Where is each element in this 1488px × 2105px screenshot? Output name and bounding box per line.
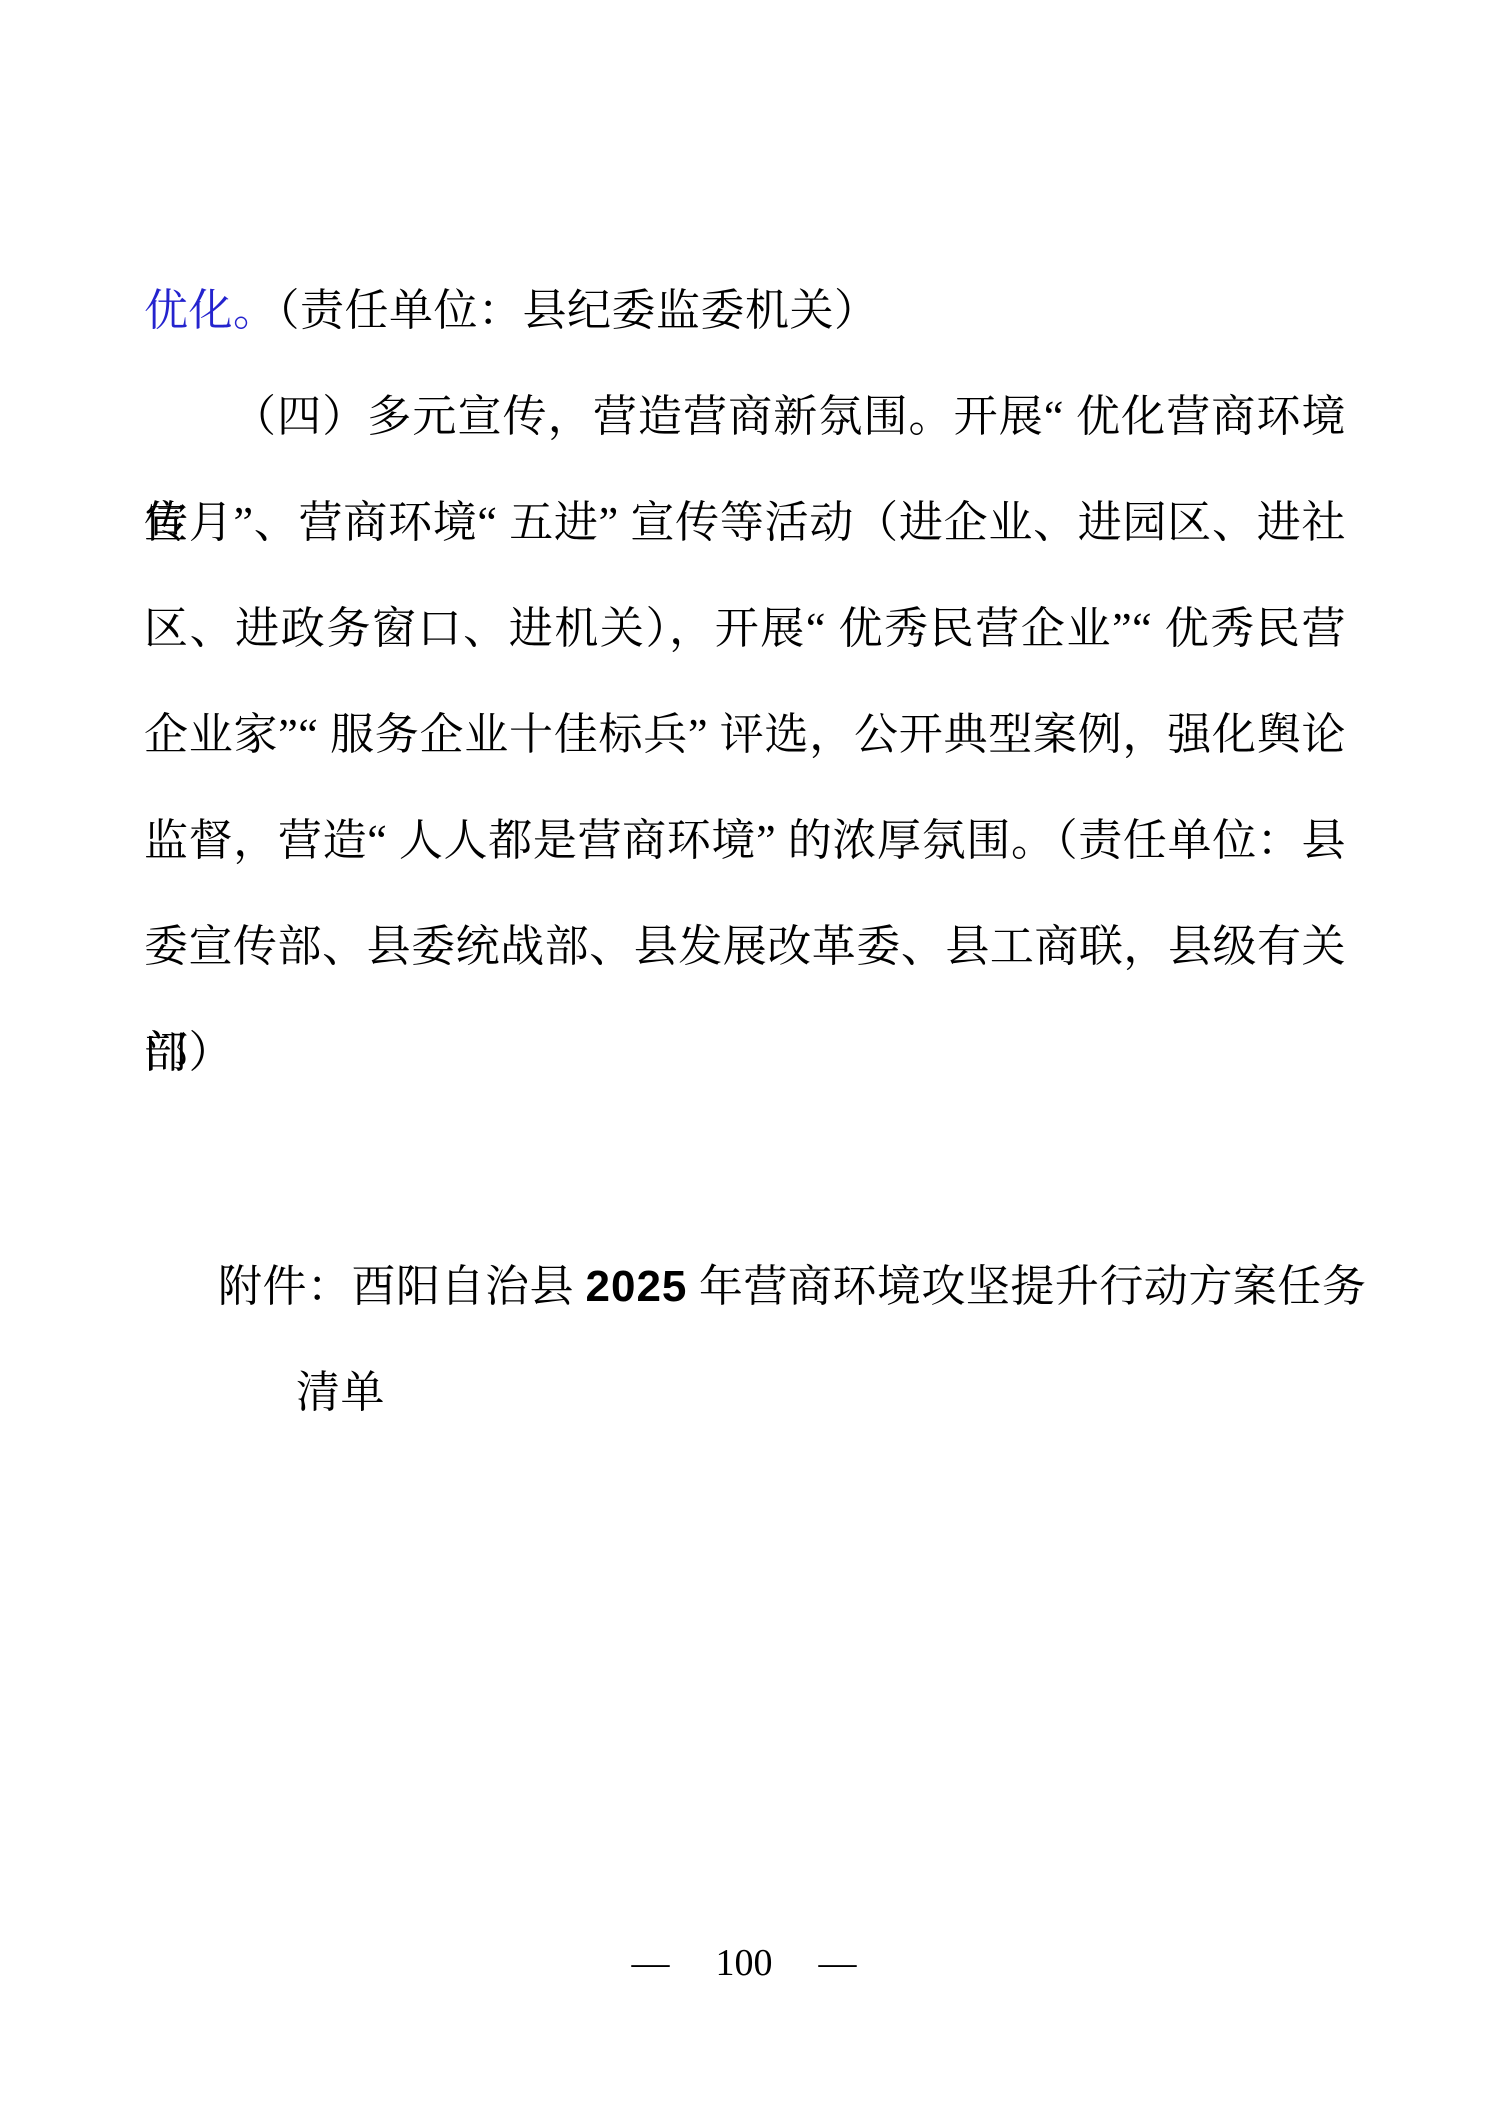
paragraph-line: 委宣传部、县委统战部、县发展改革委、县工商联，县级有关部	[144, 894, 1346, 1000]
document-body: 优化。（责任单位：县纪委监委机关） （四）多元宣传，营造营商新氛围。开展“ 优化…	[144, 258, 1346, 1446]
attachment-section: 附件：酉阳自治县 2025 年营商环境攻坚提升行动方案任务 清单	[144, 1234, 1346, 1446]
attachment-title-before-year: 酉阳自治县	[352, 1262, 586, 1311]
paragraph-line: （四）多元宣传，营造营商新氛围。开展“ 优化营商环境宣	[144, 364, 1346, 470]
paragraph-line: 区、进政务窗口、进机关），开展“ 优秀民营企业”“ 优秀民营	[144, 576, 1346, 682]
document-page: 优化。（责任单位：县纪委监委机关） （四）多元宣传，营造营商新氛围。开展“ 优化…	[0, 0, 1488, 2105]
paragraph-line: 企业家”“ 服务企业十佳标兵” 评选，公开典型案例，强化舆论	[144, 682, 1346, 788]
page-footer: — 100 —	[0, 1938, 1488, 1988]
responsible-unit-text: （责任单位：县纪委监委机关）	[278, 286, 879, 335]
footer-dash-right: —	[819, 1938, 857, 1988]
paragraph-line: 监督，营造“ 人人都是营商环境” 的浓厚氛围。（责任单位：县	[144, 788, 1346, 894]
attachment-line: 附件：酉阳自治县 2025 年营商环境攻坚提升行动方案任务	[144, 1234, 1346, 1340]
paragraph-continuation-line: 优化。（责任单位：县纪委监委机关）	[144, 258, 1346, 364]
paragraph-line: 传月”、营商环境“ 五进” 宣传等活动（进企业、进园区、进社	[144, 470, 1346, 576]
highlighted-text: 优化。	[144, 286, 278, 335]
attachment-title-after-year: 年营商环境攻坚提升行动方案任务	[687, 1262, 1366, 1311]
paragraph-line: 门）	[144, 1000, 1346, 1106]
attachment-year: 2025	[586, 1262, 688, 1311]
page-number: 100	[716, 1938, 773, 1988]
attachment-title-wrap-line: 清单	[144, 1340, 1346, 1446]
attachment-label: 附件：	[218, 1262, 352, 1311]
footer-dash-left: —	[632, 1938, 670, 1988]
